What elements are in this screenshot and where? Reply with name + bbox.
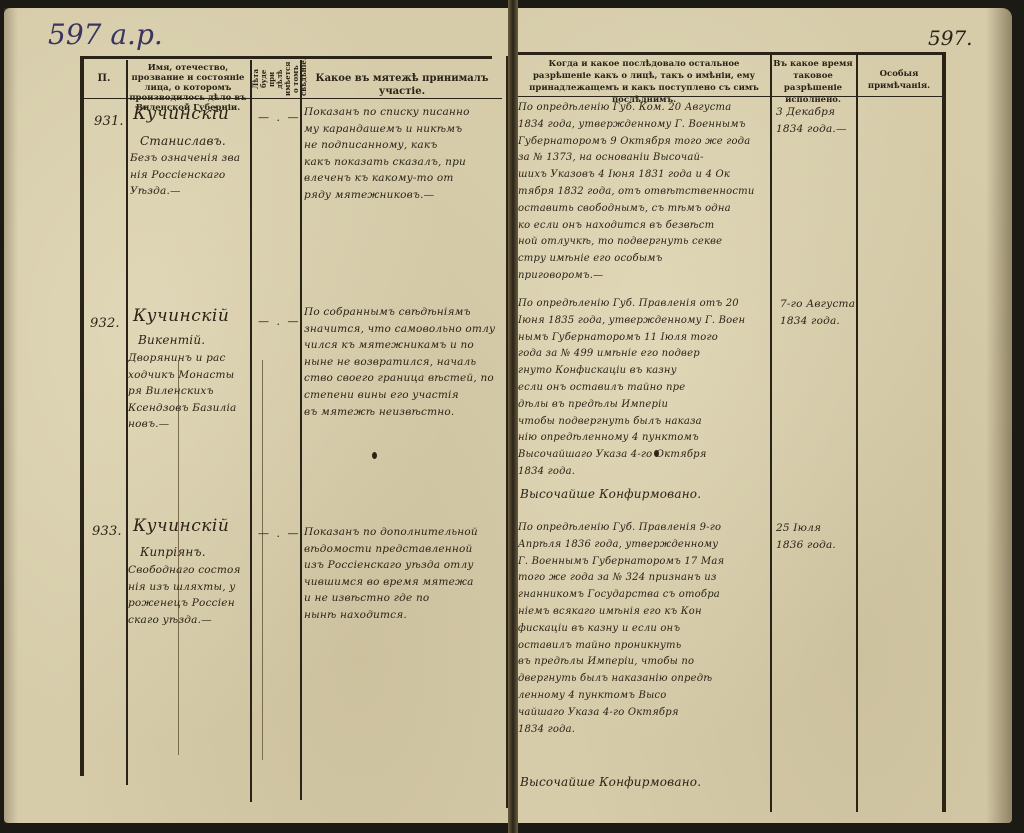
rule-resolution-executed (770, 52, 772, 812)
entry-executed-date: 3 Декабря 1834 года.— (776, 104, 856, 138)
header-estate: Лѣта буде при дѣлѣ имѣется о томъ свѣдѣн… (252, 62, 298, 96)
header-executed: Въ какое время таковое разрѣшеніе исполн… (772, 58, 854, 106)
entry-status: Свободнаго состоя нія изъ шляхты, у роже… (128, 562, 248, 628)
entry-confirmation: Высочайше Конфирмовано. (520, 486, 701, 503)
entry-number: 932. (90, 316, 120, 333)
entry-executed-date: 7-го Августа 1834 года. (780, 296, 856, 330)
entry-age: — . — (258, 314, 301, 331)
folio-number-left: 597 a.p. (48, 18, 163, 51)
entry-status: Дворянинъ и рас ходчикъ Монасты ря Вилен… (128, 350, 248, 433)
entry-confirmation: Высочайше Конфирмовано. (520, 774, 701, 791)
ledger-spread: 597 a.p. 597. П. Имя, отечество, прозван… (0, 0, 1024, 833)
rule-estate-participation (300, 60, 302, 800)
rule-estate-inner (262, 360, 263, 760)
header-notes: Особыя примѣчанія. (858, 68, 940, 92)
ink-blot (654, 450, 659, 457)
entry-surname: Кучинскій (133, 306, 229, 326)
entry-participation: Показанъ по списку писанно му карандашем… (304, 104, 504, 204)
entry-participation: Показанъ по дополнительной вѣдомости пре… (304, 524, 504, 624)
entry-surname: Кучинскій (133, 104, 229, 124)
entry-participation: По собраннымъ свѣдѣніямъ значится, что с… (304, 304, 504, 420)
ink-blot (372, 452, 377, 459)
entry-resolution: По опредѣленію Губ. Правленія отъ 20 Іюн… (518, 296, 768, 481)
book-gutter (508, 0, 518, 833)
entry-first-name: Кипріянъ. (140, 544, 206, 560)
entry-resolution: По опредѣленію Губ. Ком. 20 Августа 1834… (518, 100, 768, 285)
entry-executed-date: 25 Іюля 1836 года. (776, 520, 856, 554)
folio-number-right: 597. (928, 26, 973, 50)
entry-resolution: По опредѣленію Губ. Правленія 9-го Апрѣл… (518, 520, 770, 738)
rule-left-page-edge (506, 56, 508, 808)
entry-number: 933. (92, 524, 122, 541)
left-border-rule (80, 56, 84, 776)
entry-surname: Кучинскій (133, 516, 229, 536)
entry-status: Безъ означенія зва нія Россіенскаго Уѣзд… (130, 150, 248, 200)
right-border-rule (942, 52, 946, 812)
header-top-rule-right (518, 52, 944, 55)
entry-age: — . — (258, 110, 301, 127)
rule-person-estate (250, 60, 252, 802)
header-participation: Какое въ мятежѣ принималъ участіе. (302, 72, 502, 98)
header-top-rule-left (82, 56, 492, 59)
header-resolution: Когда и какое послѣдовало остальное разр… (520, 58, 768, 106)
entry-first-name: Станиславъ. (140, 133, 226, 149)
rule-executed-notes (856, 52, 858, 812)
entry-number: 931. (94, 114, 124, 131)
entry-first-name: Викентій. (138, 332, 205, 348)
header-number: П. (84, 72, 124, 85)
entry-age: — . — (258, 526, 301, 543)
